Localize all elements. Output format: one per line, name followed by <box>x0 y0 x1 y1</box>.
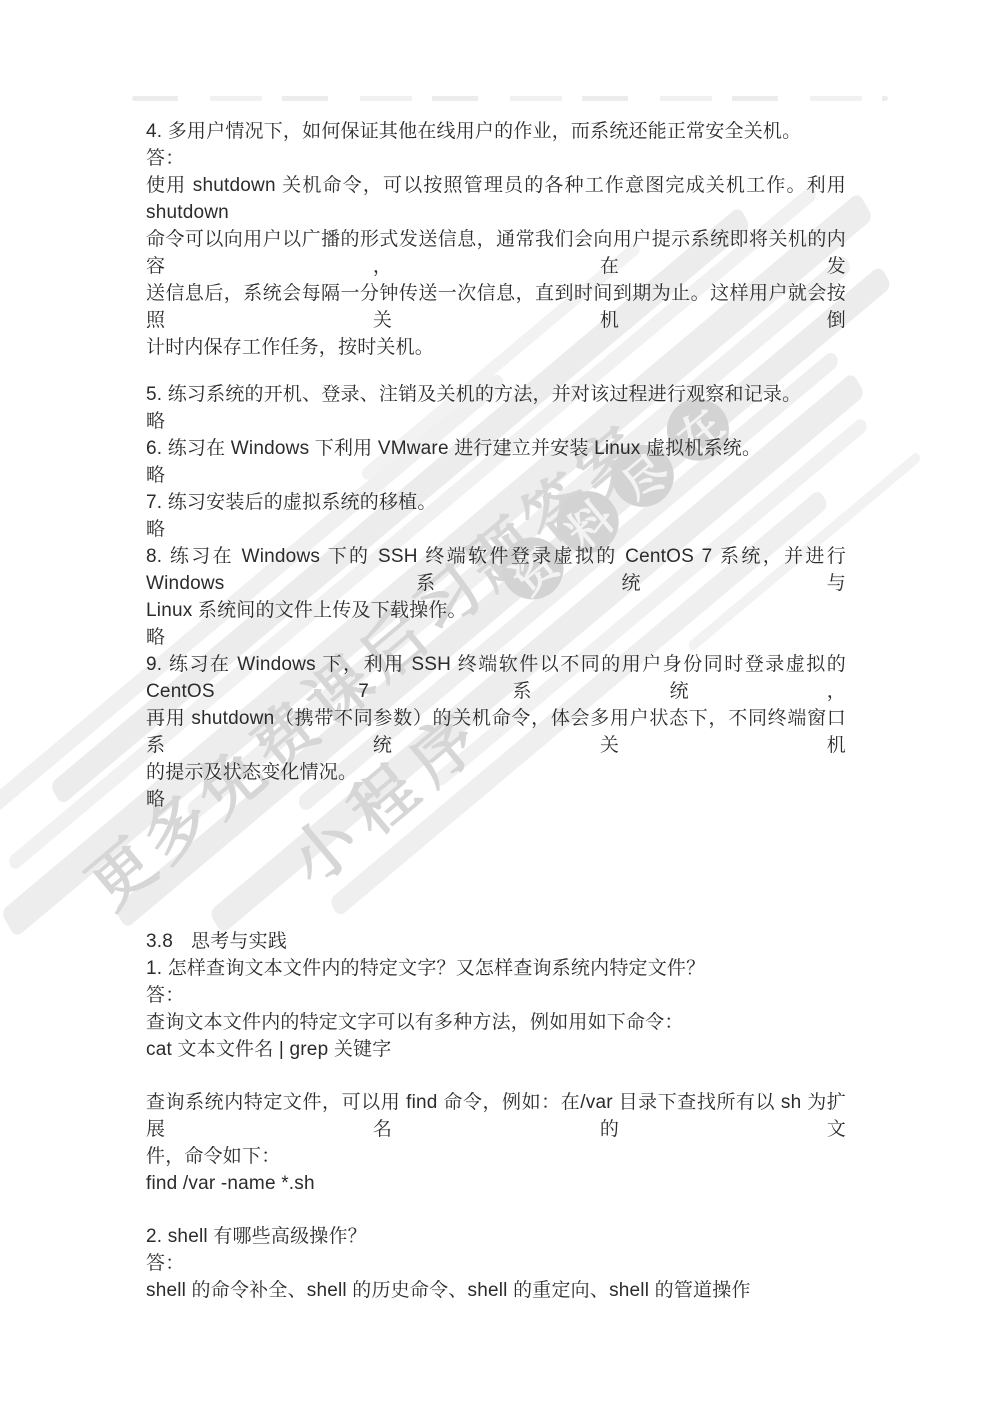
question-2: 2. shell 有哪些高级操作？ <box>146 1223 846 1250</box>
question-8-line: 8. 练习在 Windows 下的 SSH 终端软件登录虚拟的 CentOS 7… <box>146 543 846 597</box>
question-9-line: 9. 练习在 Windows 下，利用 SSH 终端软件以不同的用户身份同时登录… <box>146 651 846 705</box>
document-page: 更多免费课后习题答案 资 料 尽 在 小程序 4. 多用户情况下，如何保证其他在… <box>0 0 993 1404</box>
question-1: 1. 怎样查询文本文件内的特定文字？又怎样查询系统内特定文件？ <box>146 955 846 982</box>
question-4: 4. 多用户情况下，如何保证其他在线用户的作业，而系统还能正常安全关机。 <box>146 118 846 145</box>
answer-1-line: 查询系统内特定文件，可以用 find 命令，例如：在/var 目录下查找所有以 … <box>146 1089 846 1143</box>
answer-label: 答： <box>146 145 846 172</box>
answer-4-line: 命令可以向用户以广播的形式发送信息，通常我们会向用户提示系统即将关机的内容，在发 <box>146 226 846 280</box>
exercises-block: 4. 多用户情况下，如何保证其他在线用户的作业，而系统还能正常安全关机。 答： … <box>146 118 846 813</box>
answer-1-line: 件，命令如下： <box>146 1143 846 1170</box>
question-9-line: 的提示及状态变化情况。 <box>146 759 846 786</box>
answer-label: 答： <box>146 1250 846 1277</box>
answer-4-line: 送信息后，系统会每隔一分钟传送一次信息，直到时间到期为止。这样用户就会按照关机倒 <box>146 280 846 334</box>
skip-answer: 略 <box>146 516 846 543</box>
skip-answer: 略 <box>146 624 846 651</box>
answer-4-line: 使用 shutdown 关机命令，可以按照管理员的各种工作意图完成关机工作。利用… <box>146 172 846 226</box>
skip-answer: 略 <box>146 786 846 813</box>
command-find: find /var -name *.sh <box>146 1170 846 1197</box>
blank-line <box>146 1063 846 1089</box>
skip-answer: 略 <box>146 408 846 435</box>
answer-4-line: 计时内保存工作任务，按时关机。 <box>146 334 846 361</box>
question-9-line: 再用 shutdown（携带不同参数）的关机命令，体会多用户状态下，不同终端窗口… <box>146 705 846 759</box>
answer-1-intro: 查询文本文件内的特定文字可以有多种方法，例如用如下命令： <box>146 1009 846 1036</box>
skip-answer: 略 <box>146 462 846 489</box>
answer-label: 答： <box>146 982 846 1009</box>
command-cat-grep: cat 文本文件名 | grep 关键字 <box>146 1036 846 1063</box>
question-8-line: Linux 系统间的文件上传及下载操作。 <box>146 597 846 624</box>
question-7: 7. 练习安装后的虚拟系统的移植。 <box>146 489 846 516</box>
blank-line <box>146 361 846 381</box>
answer-2: shell 的命令补全、shell 的历史命令、shell 的重定向、shell… <box>146 1277 846 1304</box>
section-heading: 3.8 思考与实践 <box>146 928 846 955</box>
section-38-block: 3.8 思考与实践 1. 怎样查询文本文件内的特定文字？又怎样查询系统内特定文件… <box>146 928 846 1304</box>
section-title: 思考与实践 <box>191 928 287 955</box>
scan-artifact-smudge <box>132 96 888 101</box>
section-number: 3.8 <box>146 928 173 955</box>
question-5: 5. 练习系统的开机、登录、注销及关机的方法，并对该过程进行观察和记录。 <box>146 381 846 408</box>
blank-line <box>146 1197 846 1223</box>
question-6: 6. 练习在 Windows 下利用 VMware 进行建立并安装 Linux … <box>146 435 846 462</box>
